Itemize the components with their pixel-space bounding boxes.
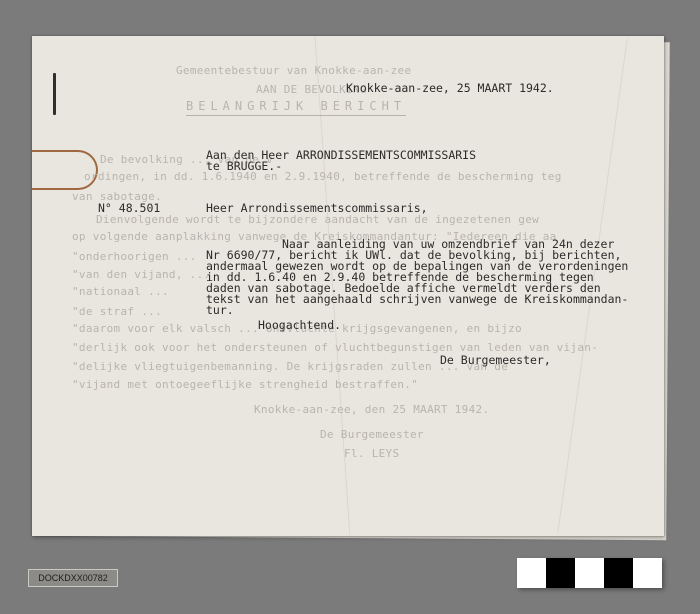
letter-body-line: tekst van het aangehaald schrijven vanwe… xyxy=(206,294,628,305)
scale-segment-white xyxy=(517,558,546,588)
letter-addressee-city: te BRUGGE.- xyxy=(206,161,282,172)
scale-segment-white xyxy=(633,558,662,588)
document-id-label: DOCKDXX00782 xyxy=(28,569,118,587)
letter-closing: Hoogachtend. xyxy=(258,320,341,331)
ghost-title: BELANGRIJK BERICHT xyxy=(186,99,406,116)
scale-segment-black xyxy=(546,558,575,588)
ghost-line: "vijand met ontoegeeflijke strengheid be… xyxy=(72,378,418,391)
color-scale-bar xyxy=(517,558,662,588)
scale-segment-white xyxy=(575,558,604,588)
ghost-line: "van den vijand, ... xyxy=(72,268,210,281)
letter-reference-number: N° 48.501 xyxy=(98,203,160,214)
scale-segment-black xyxy=(604,558,633,588)
ghost-signature-title: De Burgemeester xyxy=(320,428,424,441)
ghost-line: "nationaal ... xyxy=(72,285,169,298)
letter-signature: De Burgemeester, xyxy=(440,355,551,366)
letter-body-line: tur. xyxy=(206,305,234,316)
ghost-line: "de straf ... xyxy=(72,305,162,318)
ghost-place-date: Knokke-aan-zee, den 25 MAART 1942. xyxy=(254,403,489,416)
ghost-header: Gemeentebestuur van Knokke-aan-zee xyxy=(176,64,411,77)
ghost-signature-name: Fl. LEYS xyxy=(344,447,399,460)
ghost-line: ordingen, in dd. 1.6.1940 en 2.9.1940, b… xyxy=(84,170,562,183)
letter-salutation: Heer Arrondissementscommissaris, xyxy=(206,203,428,214)
staple-icon xyxy=(53,73,56,115)
letter-place-date: Knokke-aan-zee, 25 MAART 1942. xyxy=(346,83,554,94)
ghost-line: "onderhoorigen ... xyxy=(72,250,197,263)
